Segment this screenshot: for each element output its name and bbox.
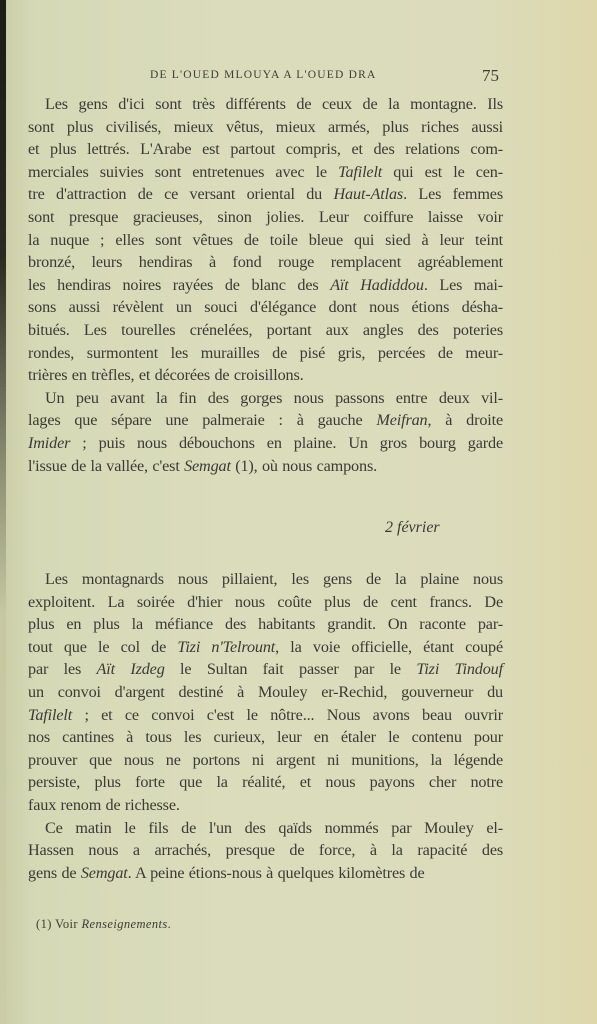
text-run: , la voie officielle, étant coupé xyxy=(275,638,503,656)
italic-term: Tafilelt xyxy=(28,706,72,724)
text-line: Un peu avant la fin des gorges nous pass… xyxy=(28,387,503,410)
text-line: rondes, surmontent les murailles de pisé… xyxy=(28,342,503,365)
text-line: un convoi d'argent destiné à Mouley er-R… xyxy=(28,681,503,704)
text-line: sont plus civilisés, mieux vêtus, mieux … xyxy=(28,116,503,139)
text-line: nos cantines à tous les curieux, leur en… xyxy=(28,726,503,749)
text-run: Ce matin le fils de l'un des qaïds nommé… xyxy=(45,819,503,837)
text-run: . Les mai- xyxy=(424,276,503,294)
italic-term: Aït Izdeg xyxy=(97,660,165,678)
text-line: merciales suivies sont entretenues avec … xyxy=(28,161,503,184)
text-run: lages que sépare une palmeraie : à gauch… xyxy=(28,411,376,429)
italic-term: Aït Hadiddou xyxy=(330,276,424,294)
footnote: (1) Voir Renseignements. xyxy=(36,917,171,932)
text-line: les hendiras noires rayées de blanc des … xyxy=(28,274,503,297)
text-line: persiste, plus forte que la réalité, et … xyxy=(28,771,503,794)
text-line: Les montagnards nous pillaient, les gens… xyxy=(28,568,503,591)
text-run: sont plus civilisés, mieux vêtus, mieux … xyxy=(28,118,503,136)
text-run: la nuque ; elles sont vêtues de toile bl… xyxy=(28,231,503,249)
footnote-tail: . xyxy=(168,917,172,931)
text-run: ; et ce convoi c'est le nôtre... Nous av… xyxy=(72,706,503,724)
italic-term: Meifran xyxy=(376,411,427,429)
text-line: faux renom de richesse. xyxy=(28,794,503,817)
text-run: par les xyxy=(28,660,97,678)
text-run: merciales suivies sont entretenues avec … xyxy=(28,163,338,181)
body-section-2: Les montagnards nous pillaient, les gens… xyxy=(28,568,503,884)
italic-term: Semgat xyxy=(184,457,231,475)
text-run: ; puis nous débouchons en plaine. Un gro… xyxy=(70,434,503,452)
italic-term: Tafilelt xyxy=(338,163,382,181)
text-run: . Les femmes xyxy=(403,185,503,203)
text-run: . A peine étions-nous à quelques kilomèt… xyxy=(128,864,425,882)
text-line: Ce matin le fils de l'un des qaïds nommé… xyxy=(28,817,503,840)
text-run: tre d'attraction de ce versant oriental … xyxy=(28,185,334,203)
page-header: de l'oued mlouya a l'oued dra 75 xyxy=(0,66,597,86)
book-spine-shadow xyxy=(0,0,6,1024)
text-run: Un peu avant la fin des gorges nous pass… xyxy=(45,389,503,407)
text-run: nos cantines à tous les curieux, leur en… xyxy=(28,728,503,746)
italic-term: Haut-Atlas xyxy=(334,185,404,203)
text-line: la nuque ; elles sont vêtues de toile bl… xyxy=(28,229,503,252)
text-run: et plus lettrés. L'Arabe est partout com… xyxy=(28,140,503,158)
text-run: Les montagnards nous pillaient, les gens… xyxy=(45,570,503,588)
text-run: un convoi d'argent destiné à Mouley er-R… xyxy=(28,683,503,701)
text-run: sont presque gracieuses, sinon jolies. L… xyxy=(28,208,503,226)
text-line: l'issue de la vallée, c'est Semgat (1), … xyxy=(28,455,503,478)
text-line: sont presque gracieuses, sinon jolies. L… xyxy=(28,206,503,229)
text-run: prouver que nous ne portons ni argent ni… xyxy=(28,751,503,769)
running-head: de l'oued mlouya a l'oued dra xyxy=(150,69,376,81)
footnote-reference: Renseignements xyxy=(82,917,168,931)
text-line: Imider ; puis nous débouchons en plaine.… xyxy=(28,432,503,455)
text-line: tre d'attraction de ce versant oriental … xyxy=(28,183,503,206)
text-run: plus en plus la méfiance des habitants g… xyxy=(28,615,503,633)
body-section-1: Les gens d'ici sont très différents de c… xyxy=(28,93,503,477)
text-line: bronzé, leurs hendiras à fond rouge remp… xyxy=(28,251,503,274)
text-line: par les Aït Izdeg le Sultan fait passer … xyxy=(28,658,503,681)
paragraph: Les gens d'ici sont très différents de c… xyxy=(28,93,503,387)
text-run: gens de xyxy=(28,864,81,882)
text-line: gens de Semgat. A peine étions-nous à qu… xyxy=(28,862,503,885)
text-line: et plus lettrés. L'Arabe est partout com… xyxy=(28,138,503,161)
text-run: bronzé, leurs hendiras à fond rouge remp… xyxy=(28,253,503,271)
text-line: exploitent. La soirée d'hier nous coûte … xyxy=(28,591,503,614)
italic-term: Semgat xyxy=(81,864,128,882)
text-line: tout que le col de Tizi n'Telrount, la v… xyxy=(28,636,503,659)
text-line: prouver que nous ne portons ni argent ni… xyxy=(28,749,503,772)
text-run: rondes, surmontent les murailles de pisé… xyxy=(28,344,503,362)
page-number: 75 xyxy=(482,66,499,86)
paragraph: Un peu avant la fin des gorges nous pass… xyxy=(28,387,503,477)
text-run: , à droite xyxy=(428,411,504,429)
text-run: tout que le col de xyxy=(28,638,177,656)
text-run: trières en trèfles, et décorées de crois… xyxy=(28,366,304,384)
text-run: faux renom de richesse. xyxy=(28,796,180,814)
date-heading: 2 février xyxy=(385,519,440,537)
paragraph: Les montagnards nous pillaient, les gens… xyxy=(28,568,503,817)
italic-term: Imider xyxy=(28,434,70,452)
text-run: persiste, plus forte que la réalité, et … xyxy=(28,773,503,791)
text-run: (1), où nous campons. xyxy=(231,457,377,475)
text-run: l'issue de la vallée, c'est xyxy=(28,457,184,475)
footnote-marker: (1) Voir xyxy=(36,917,82,931)
text-line: bitués. Les tourelles crénelées, portant… xyxy=(28,319,503,342)
text-line: Tafilelt ; et ce convoi c'est le nôtre..… xyxy=(28,704,503,727)
text-run: qui est le cen- xyxy=(382,163,503,181)
text-run: exploitent. La soirée d'hier nous coûte … xyxy=(28,593,503,611)
text-line: trières en trèfles, et décorées de crois… xyxy=(28,364,503,387)
text-run: Les gens d'ici sont très différents de c… xyxy=(45,95,503,113)
text-line: Les gens d'ici sont très différents de c… xyxy=(28,93,503,116)
text-run: Hassen nous a arrachés, presque de force… xyxy=(28,841,503,859)
text-run: le Sultan fait passer par le xyxy=(165,660,417,678)
text-line: plus en plus la méfiance des habitants g… xyxy=(28,613,503,636)
italic-term: Tizi n'Telrount xyxy=(177,638,275,656)
paragraph: Ce matin le fils de l'un des qaïds nommé… xyxy=(28,817,503,885)
text-run: bitués. Les tourelles crénelées, portant… xyxy=(28,321,503,339)
text-run: les hendiras noires rayées de blanc des xyxy=(28,276,330,294)
text-line: Hassen nous a arrachés, presque de force… xyxy=(28,839,503,862)
text-run: sons aussi révèlent un souci d'élégance … xyxy=(28,298,503,316)
text-line: lages que sépare une palmeraie : à gauch… xyxy=(28,409,503,432)
italic-term: Tizi Tindouf xyxy=(416,660,503,678)
text-line: sons aussi révèlent un souci d'élégance … xyxy=(28,296,503,319)
